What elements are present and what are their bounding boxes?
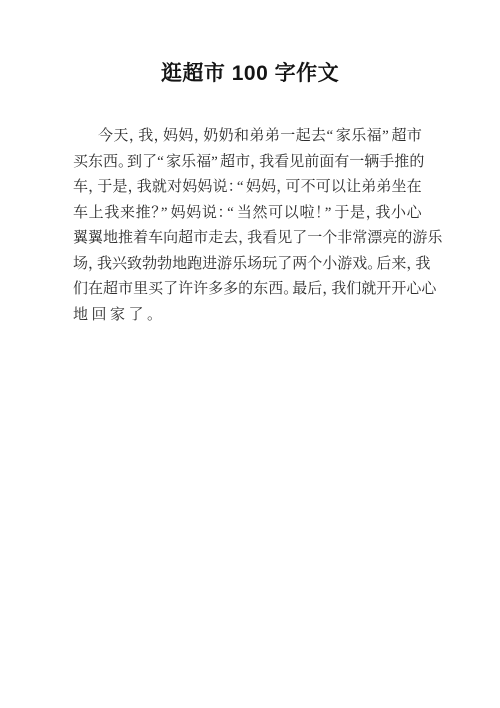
essay-title: 逛超市 100 字作文	[0, 0, 500, 86]
paragraph-line: 地回家了。	[73, 303, 422, 329]
paragraph-line: 翼翼地推着车向超市走去，我看见了一个非常漂亮的游乐	[73, 226, 422, 252]
paragraph-line: 买东西。到了“家乐福”超市，我看见前面有一辆手推的	[73, 150, 422, 176]
document-page: 逛超市 100 字作文 今天，我，妈妈，奶奶和弟弟一起去“家乐福”超市 买东西。…	[0, 0, 500, 708]
paragraph-line: 今天，我，妈妈，奶奶和弟弟一起去“家乐福”超市	[73, 124, 422, 150]
paragraph-line: 车，于是，我就对妈妈说：“妈妈，可不可以让弟弟坐在	[73, 175, 422, 201]
paragraph-line: 场，我兴致勃勃地跑进游乐场玩了两个小游戏。后来，我	[73, 252, 422, 278]
paragraph-line: 车上我来推？”妈妈说：“当然可以啦！”于是，我小心	[73, 201, 422, 227]
essay-paragraph: 今天，我，妈妈，奶奶和弟弟一起去“家乐福”超市 买东西。到了“家乐福”超市，我看…	[73, 124, 422, 328]
paragraph-line: 们在超市里买了许许多多的东西。最后，我们就开开心心	[73, 277, 422, 303]
